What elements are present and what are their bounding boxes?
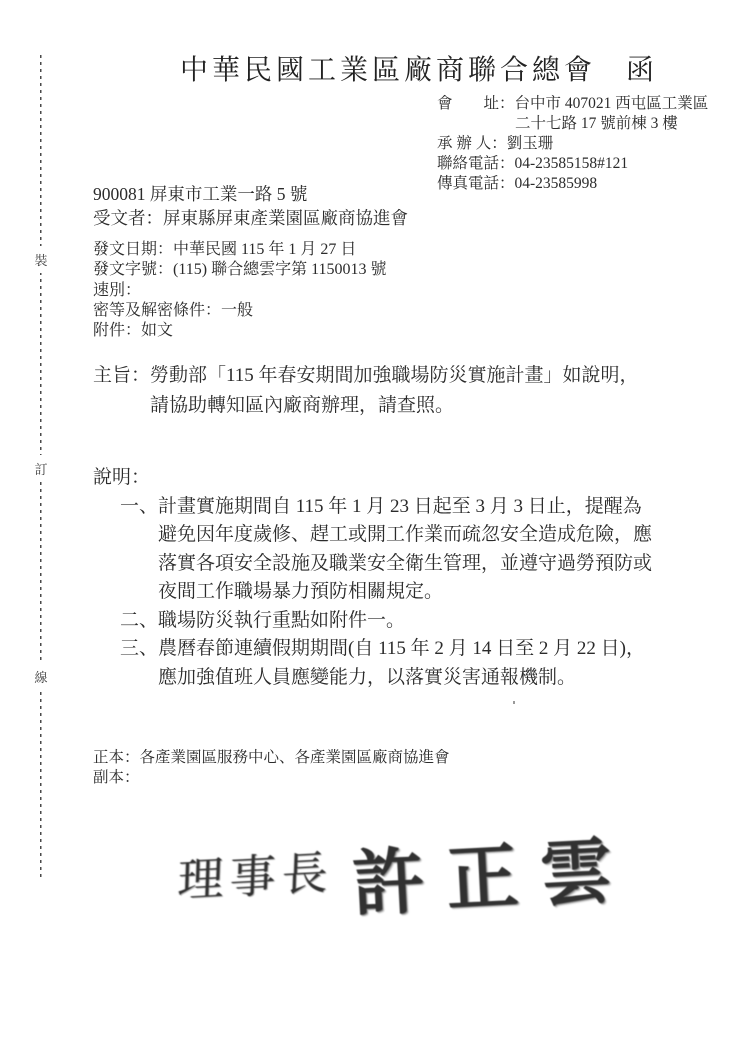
item-1-line-2: 避免因年度歲修、趕工或開工作業而疏忽安全造成危險，應: [158, 521, 652, 550]
letter-header: 中華民國工業區廠商聯合總會函: [180, 48, 654, 88]
scanned-letter-page: 裝 訂 線 中華民國工業區廠商聯合總會函 會 址：台中市 407021 西屯區工…: [0, 0, 746, 1064]
explanation-block: 說明： 一、 計畫實施期間自 115 年 1 月 23 日起至 3 月 3 日止…: [93, 464, 652, 692]
security-class-line: 密等及解密條件：一般: [93, 301, 386, 321]
explanation-items: 一、 計畫實施期間自 115 年 1 月 23 日起至 3 月 3 日止，提醒為…: [93, 493, 652, 693]
item-3-line-2: 應加強值班人員應變能力，以落實災害通報機制。: [158, 664, 645, 693]
binding-mark-zhuang: 裝: [32, 246, 50, 273]
item-1-line-3: 落實各項安全設施及職業安全衛生管理，並遵守過勞預防或: [158, 550, 652, 579]
item-text: 農曆春節連續假期期間(自 115 年 2 月 14 日至 2 月 22 日)， …: [158, 635, 645, 692]
attachment-line: 附件：如文: [93, 321, 386, 341]
duplicate-copy-line: 副本：: [93, 768, 450, 788]
subject-block: 主旨：勞動部「115 年春安期間加強職場防災實施計畫」如說明， 請協助轉知區內廠…: [93, 361, 639, 421]
item-2-line-1: 職場防災執行重點如附件一。: [158, 607, 405, 636]
sender-phone: 聯絡電話：04-23585158#121: [437, 154, 708, 174]
sender-info-block: 會 址：台中市 407021 西屯區工業區 二十七路 17 號前棟 3 樓 承 …: [437, 94, 708, 194]
sender-address-line2: 二十七路 17 號前棟 3 樓: [437, 114, 708, 134]
document-type: 函: [626, 55, 654, 86]
subject-text-line1: 勞動部「115 年春安期間加強職場防災實施計畫」如說明，: [150, 365, 639, 386]
recipient-block: 900081 屏東市工業一路 5 號 受文者：屏東縣屏東產業園區廠商協進會: [93, 183, 408, 230]
chairman-signature: 理事長 許正雲: [176, 814, 635, 934]
sender-address-line1: 會 址：台中市 407021 西屯區工業區: [437, 94, 708, 114]
sender-fax: 傳真電話：04-23585998: [437, 174, 708, 194]
speed-class-line: 速別：: [93, 281, 386, 301]
item-number: 一、: [120, 493, 158, 607]
sender-contact-person: 承 辦 人：劉玉珊: [437, 134, 708, 154]
item-3-line-1: 農曆春節連續假期期間(自 115 年 2 月 14 日至 2 月 22 日)，: [158, 635, 645, 664]
issue-date-line: 發文日期：中華民國 115 年 1 月 27 日: [93, 240, 386, 260]
item-text: 計畫實施期間自 115 年 1 月 23 日起至 3 月 3 日止，提醒為 避免…: [158, 493, 652, 607]
subject-label: 主旨：: [93, 365, 150, 386]
item-1-line-4: 夜間工作職場暴力預防相關規定。: [158, 578, 652, 607]
subject-text-line2: 請協助轉知區內廠商辦理，請查照。: [93, 391, 639, 421]
binding-mark-xian: 線: [32, 663, 50, 690]
item-number: 三、: [120, 635, 158, 692]
distribution-block: 正本：各產業園區服務中心、各產業園區廠商協進會 副本：: [93, 748, 450, 788]
item-text: 職場防災執行重點如附件一。: [158, 607, 405, 636]
subject-line1: 主旨：勞動部「115 年春安期間加強職場防災實施計畫」如說明，: [93, 361, 639, 391]
scan-artifact-dot: [513, 701, 515, 704]
binding-mark-ding: 訂: [32, 455, 50, 482]
organization-title: 中華民國工業區廠商聯合總會: [180, 55, 596, 86]
explanation-item-2: 二、 職場防災執行重點如附件一。: [120, 607, 652, 636]
signature-title: 理事長: [177, 836, 335, 910]
recipient-address: 900081 屏東市工業一路 5 號: [93, 183, 408, 207]
item-1-line-1: 計畫實施期間自 115 年 1 月 23 日起至 3 月 3 日止，提醒為: [158, 493, 652, 522]
recipient-addressee: 受文者：屏東縣屏東產業園區廠商協進會: [93, 207, 408, 231]
document-meta-block: 發文日期：中華民國 115 年 1 月 27 日 發文字號：(115) 聯合總雲…: [93, 240, 386, 341]
explanation-item-1: 一、 計畫實施期間自 115 年 1 月 23 日起至 3 月 3 日止，提醒為…: [120, 493, 652, 607]
explanation-label: 說明：: [93, 464, 652, 493]
item-number: 二、: [120, 607, 158, 636]
original-copy-line: 正本：各產業園區服務中心、各產業園區廠商協進會: [93, 748, 450, 768]
signature-name: 許正雲: [349, 812, 636, 931]
reference-number-line: 發文字號：(115) 聯合總雲字第 1150013 號: [93, 260, 386, 280]
explanation-item-3: 三、 農曆春節連續假期期間(自 115 年 2 月 14 日至 2 月 22 日…: [120, 635, 652, 692]
